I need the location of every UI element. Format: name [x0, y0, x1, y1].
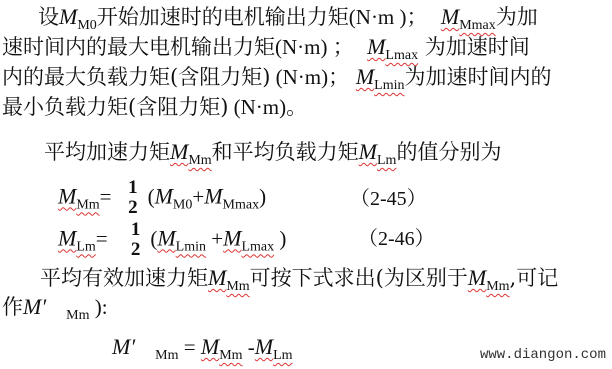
symbol-m: M	[157, 226, 175, 251]
equation-2-45: MMm= 12 (MM0+MMmax)	[58, 178, 266, 219]
subscript: Mm	[219, 348, 242, 363]
text: 可按下式求出(为区别于	[250, 266, 468, 290]
symbol-m: M	[59, 4, 77, 29]
symbol-m: M	[170, 139, 188, 164]
fraction-half: 12	[125, 178, 141, 218]
symbol-m: M	[359, 139, 377, 164]
paren: )	[259, 185, 266, 209]
text: 的值分别为	[396, 140, 501, 164]
symbol-m: M	[441, 4, 459, 29]
text: 和平均负载力矩	[212, 140, 359, 164]
symbol-m: M	[204, 184, 222, 209]
text: 为加速时间内的	[404, 65, 551, 89]
plus-sign: +	[206, 227, 223, 251]
text: 速时间内的最大电机输出力矩	[2, 35, 275, 59]
fraction-half: 12	[128, 220, 144, 260]
subscript: Lm	[76, 240, 95, 255]
paragraph3-line2: 作M′ Mm ):	[2, 294, 108, 329]
equals-sign: =	[96, 227, 108, 251]
text: 作	[2, 295, 23, 319]
text: 最小负载力矩(含阻力矩)	[2, 95, 228, 119]
equation-number: （2-45）	[350, 182, 427, 211]
text: 设	[38, 5, 59, 29]
subscript: Mmax	[459, 18, 496, 33]
subscript: Lmin	[176, 240, 206, 255]
watermark: www.diangon.com	[480, 347, 606, 363]
symbol-m-prime: M′	[23, 294, 46, 319]
text: ):	[90, 295, 108, 319]
symbol-m: M	[468, 265, 486, 290]
subscript: Mm	[66, 308, 89, 323]
unit: (N·m )；	[349, 5, 428, 29]
subscript: Mmax	[223, 198, 260, 213]
symbol-m: M	[255, 334, 273, 359]
symbol-m: M	[223, 226, 241, 251]
paragraph2: 平均加速力矩MMm和平均负载力矩MLm的值分别为	[44, 139, 501, 174]
numerator: 1	[125, 178, 141, 198]
unit: (N·m)。	[228, 95, 307, 119]
symbol-m: M	[155, 184, 173, 209]
subscript: Lm	[377, 153, 396, 168]
minus-sign: -	[243, 335, 255, 359]
text: 为加	[496, 5, 538, 29]
subscript: Lmax	[385, 48, 418, 63]
plus-sign: +	[192, 185, 204, 209]
symbol-m-prime: M′	[112, 334, 135, 359]
text: ,可记	[510, 266, 559, 290]
equals-sign: =	[179, 335, 201, 359]
paragraph3-line1: 平均有效加速力矩MMm可按下式求出(为区别于MMm,可记	[40, 265, 558, 300]
symbol-m: M	[58, 184, 76, 209]
symbol-m: M	[367, 34, 385, 59]
final-equation: M′ Mm = MMm -MLm	[112, 334, 293, 369]
subscript: Mm	[188, 153, 211, 168]
subscript: Mm	[155, 348, 178, 363]
symbol-m: M	[201, 334, 219, 359]
symbol-m: M	[58, 226, 76, 251]
subscript: Mm	[486, 279, 509, 294]
unit: (N·m)；	[270, 65, 349, 89]
subscript: Lmax	[241, 240, 274, 255]
symbol-m: M	[208, 265, 226, 290]
unit: (N·m) ；	[275, 35, 354, 59]
equation-number: （2-46）	[358, 222, 435, 251]
text: 内的最大负载力矩(含阻力矩)	[2, 65, 270, 89]
numerator: 1	[128, 220, 144, 240]
subscript: M0	[173, 198, 192, 213]
text: 平均加速力矩	[44, 140, 170, 164]
subscript: Mm	[226, 279, 249, 294]
denominator: 2	[125, 198, 141, 218]
subscript: M0	[77, 18, 96, 33]
denominator: 2	[128, 240, 144, 260]
equals-sign: =	[100, 185, 112, 209]
equation-2-46: MLm= 12 (MLmin +MLmax )	[58, 220, 286, 261]
symbol-m: M	[356, 64, 374, 89]
subscript: Lm	[273, 348, 292, 363]
paren: (	[148, 185, 155, 209]
subscript: Lmin	[374, 78, 404, 93]
text: 开始加速时的电机输出力矩	[97, 5, 349, 29]
text: 平均有效加速力矩	[40, 266, 208, 290]
paren: )	[274, 227, 286, 251]
subscript: Mm	[76, 198, 99, 213]
text: 为加速时间	[418, 35, 530, 59]
paragraph1-line4: 最小负载力矩(含阻力矩) (N·m)。	[2, 94, 307, 120]
